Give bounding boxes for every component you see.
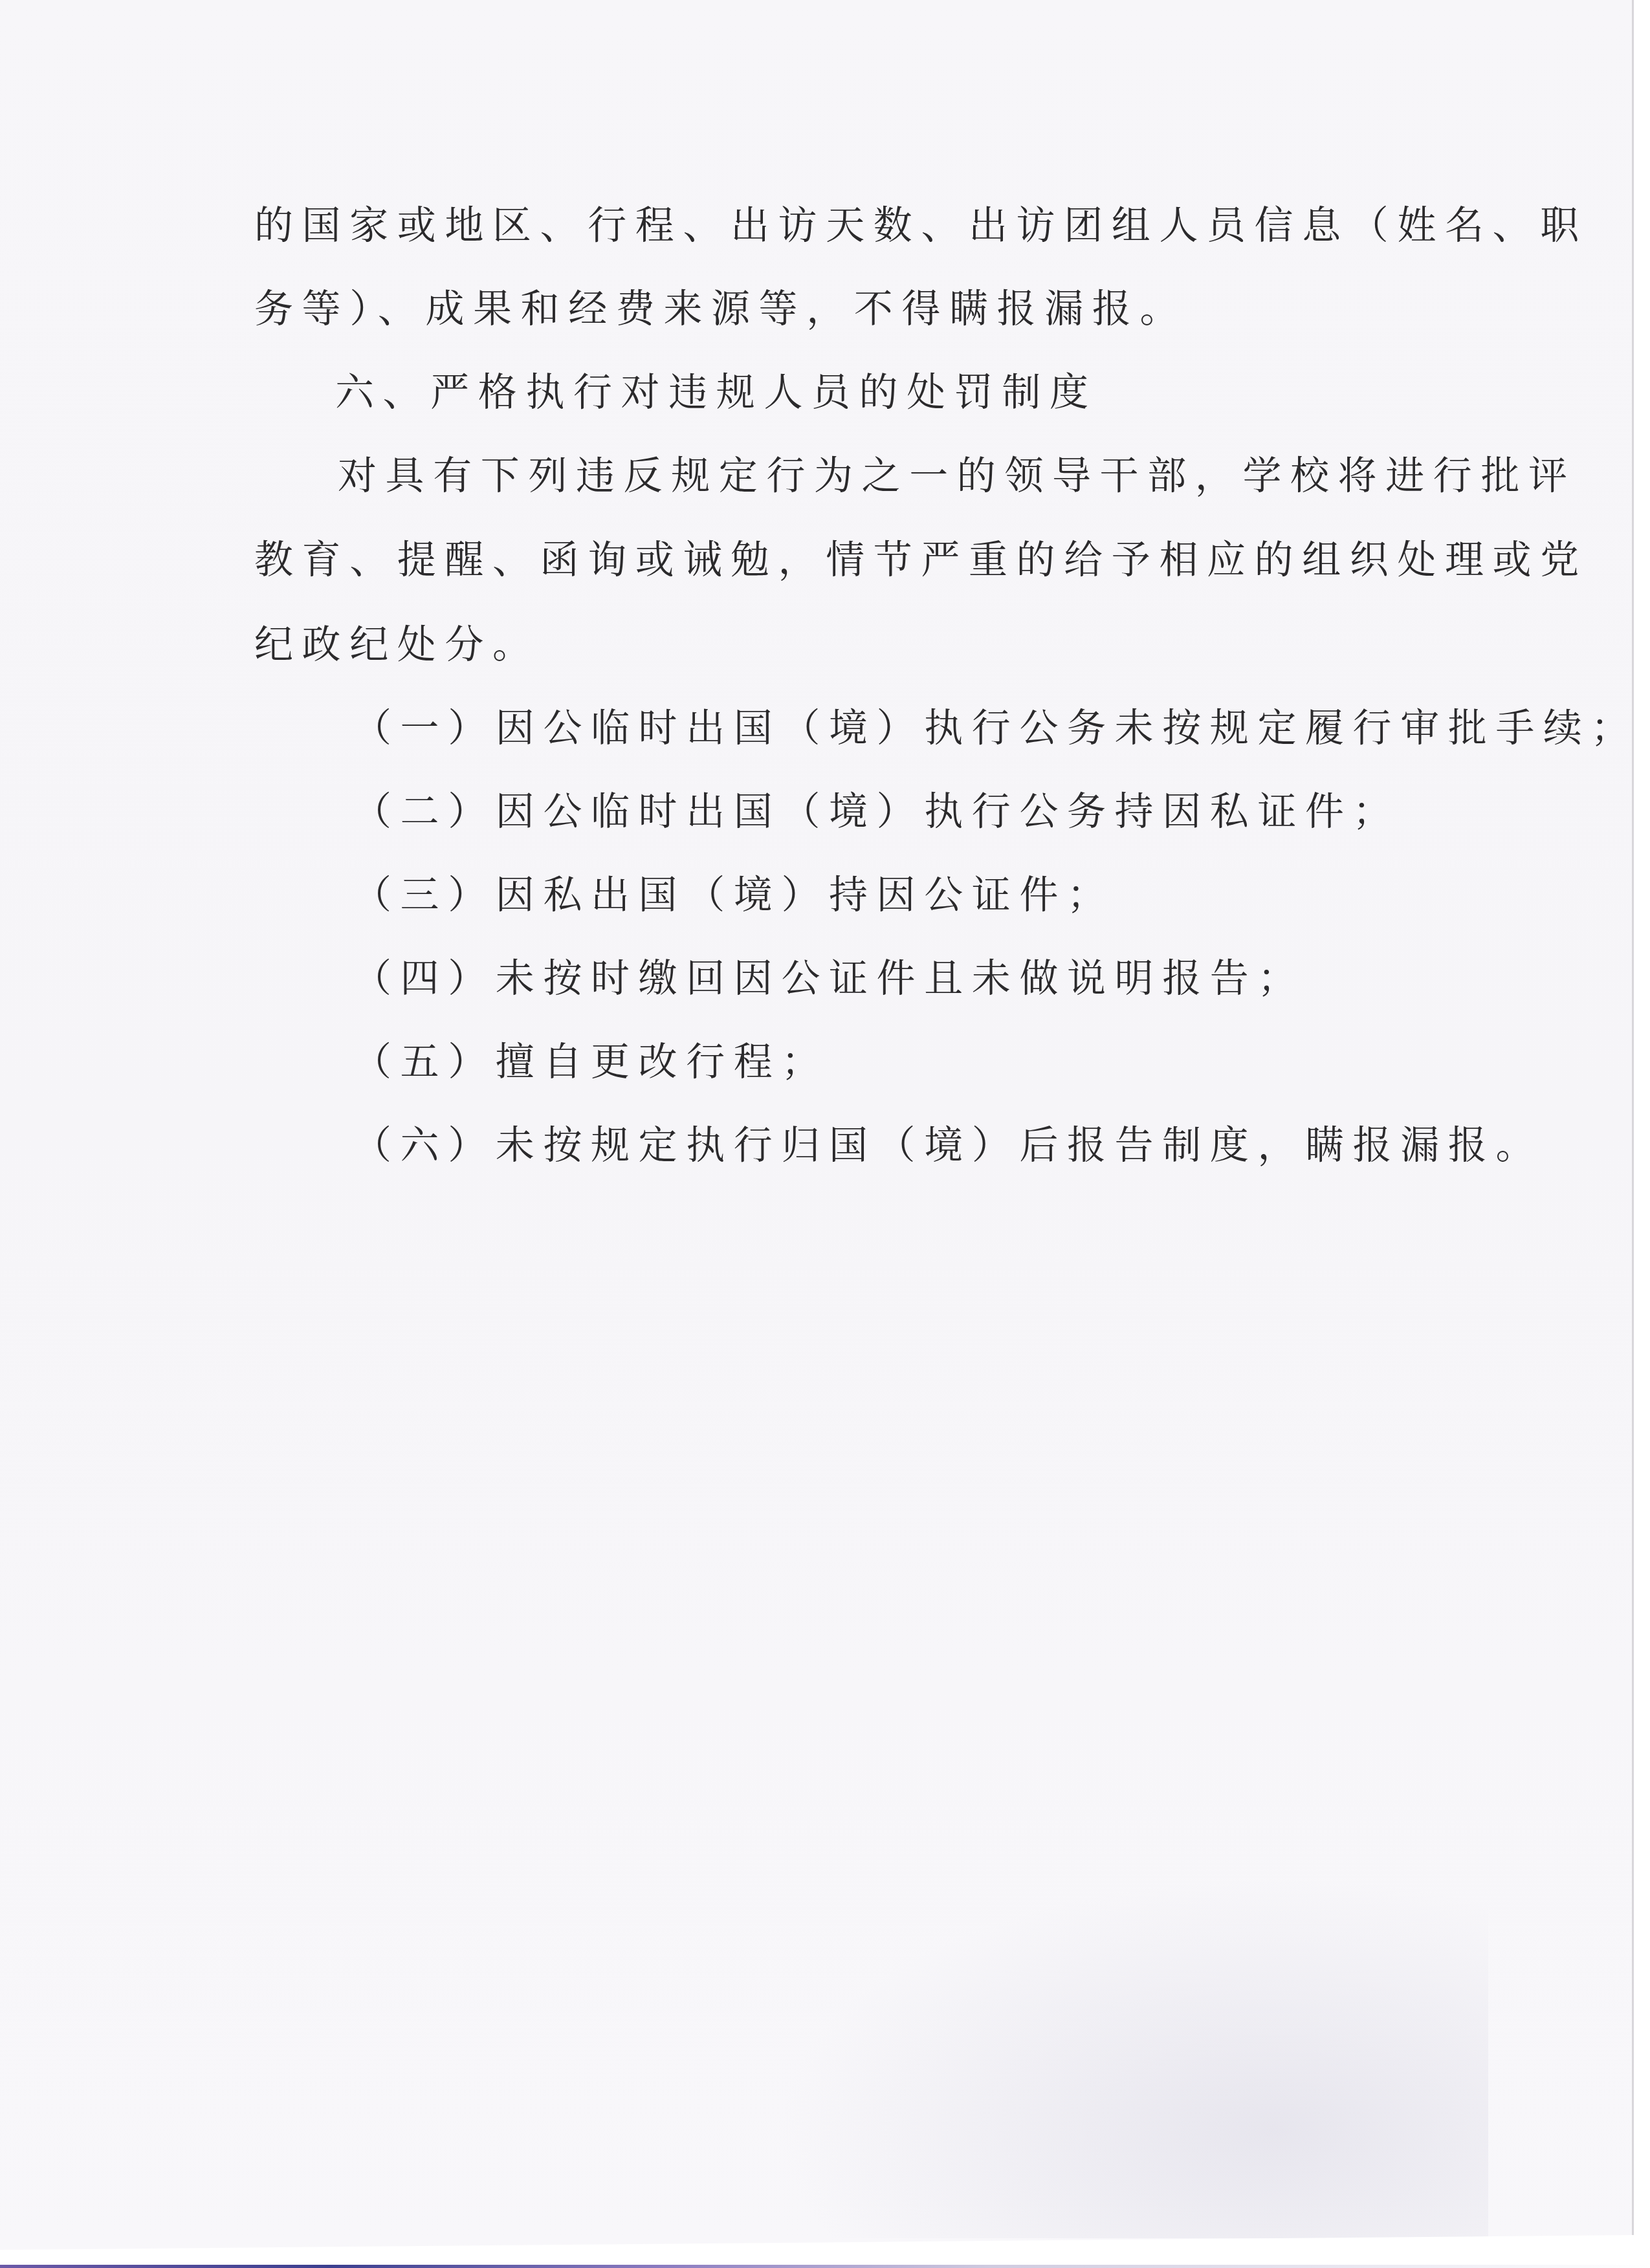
- paragraph-line: 对具有下列违反规定行为之一的领导干部，学校将进行批评: [338, 435, 1576, 518]
- item-text: 未按规定执行归国（境）后报告制度，瞒报漏报。: [496, 1123, 1543, 1168]
- item-marker: （五）: [353, 1040, 496, 1085]
- paragraph-line: 务等）、成果和经费来源等，不得瞒报漏报。: [254, 268, 1187, 351]
- item-text: 因公临时出国（境）执行公务持因私证件；: [496, 789, 1400, 834]
- item-marker: （六）: [353, 1123, 496, 1168]
- scan-edge: [0, 2265, 1650, 2268]
- item-text: 擅自更改行程；: [496, 1040, 829, 1085]
- violation-item: （六）未按规定执行归国（境）后报告制度，瞒报漏报。: [353, 1104, 1543, 1188]
- item-text: 因私出国（境）持因公证件；: [496, 873, 1115, 918]
- paragraph-line: 教育、提醒、函询或诫勉，情节严重的给予相应的组织处理或党: [254, 519, 1588, 602]
- violation-item: （五）擅自更改行程；: [353, 1021, 829, 1104]
- violation-item: （二）因公临时出国（境）执行公务持因私证件；: [353, 770, 1400, 854]
- item-marker: （二）: [353, 789, 496, 834]
- item-text: 未按时缴回因公证件且未做说明报告；: [496, 956, 1305, 1001]
- section-heading: 六、严格执行对违规人员的处罚制度: [335, 351, 1097, 435]
- item-marker: （三）: [353, 873, 496, 918]
- item-marker: （一）: [353, 706, 496, 751]
- paragraph-line: 纪政纪处分。: [254, 604, 540, 687]
- item-text: 因公临时出国（境）执行公务未按规定履行审批手续；: [496, 706, 1638, 751]
- violation-item: （四）未按时缴回因公证件且未做说明报告；: [353, 937, 1305, 1021]
- violation-item: （一）因公临时出国（境）执行公务未按规定履行审批手续；: [353, 687, 1638, 770]
- paragraph-line: 的国家或地区、行程、出访天数、出访团组人员信息（姓名、职: [254, 184, 1588, 268]
- violation-item: （三）因私出国（境）持因公证件；: [353, 854, 1115, 937]
- item-marker: （四）: [353, 956, 496, 1001]
